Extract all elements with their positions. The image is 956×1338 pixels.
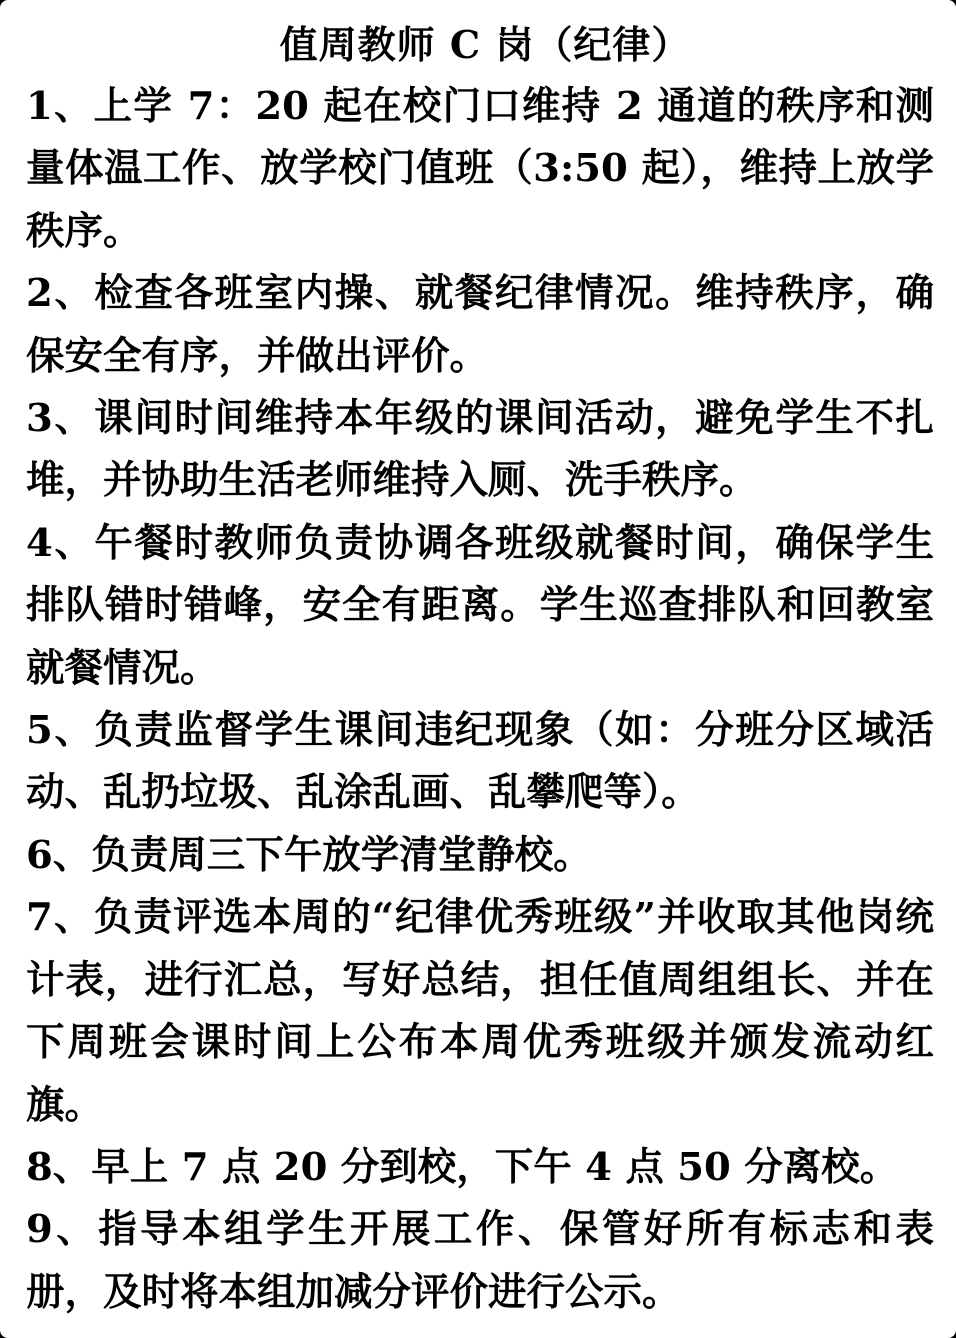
- duty-item-5: 5、负责监督学生课间违纪现象（如：分班分区域活动、乱扔垃圾、乱涂乱画、乱攀爬等）…: [26, 700, 934, 825]
- duty-list: 1、上学 7：20 起在校门口维持 2 通道的秩序和测量体温工作、放学校门值班（…: [26, 76, 934, 1324]
- duty-item-1: 1、上学 7：20 起在校门口维持 2 通道的秩序和测量体温工作、放学校门值班（…: [26, 76, 934, 263]
- duty-item-6: 6、负责周三下午放学清堂静校。: [26, 825, 934, 887]
- duty-item-2: 2、检查各班室内操、就餐纪律情况。维持秩序，确保安全有序，并做出评价。: [26, 263, 934, 388]
- duty-item-3: 3、课间时间维持本年级的课间活动，避免学生不扎堆，并协助生活老师维持入厕、洗手秩…: [26, 388, 934, 513]
- duty-item-9: 9、指导本组学生开展工作、保管好所有标志和表册，及时将本组加减分评价进行公示。: [26, 1199, 934, 1324]
- document-title: 值周教师 C 岗（纪律）: [26, 14, 934, 76]
- document-page: 值周教师 C 岗（纪律） 1、上学 7：20 起在校门口维持 2 通道的秩序和测…: [0, 0, 956, 1338]
- duty-item-7: 7、负责评选本周的“纪律优秀班级”并收取其他岗统计表，进行汇总，写好总结，担任值…: [26, 887, 934, 1137]
- duty-item-4: 4、午餐时教师负责协调各班级就餐时间，确保学生排队错时错峰，安全有距离。学生巡查…: [26, 513, 934, 700]
- duty-item-8: 8、早上 7 点 20 分到校，下午 4 点 50 分离校。: [26, 1137, 934, 1199]
